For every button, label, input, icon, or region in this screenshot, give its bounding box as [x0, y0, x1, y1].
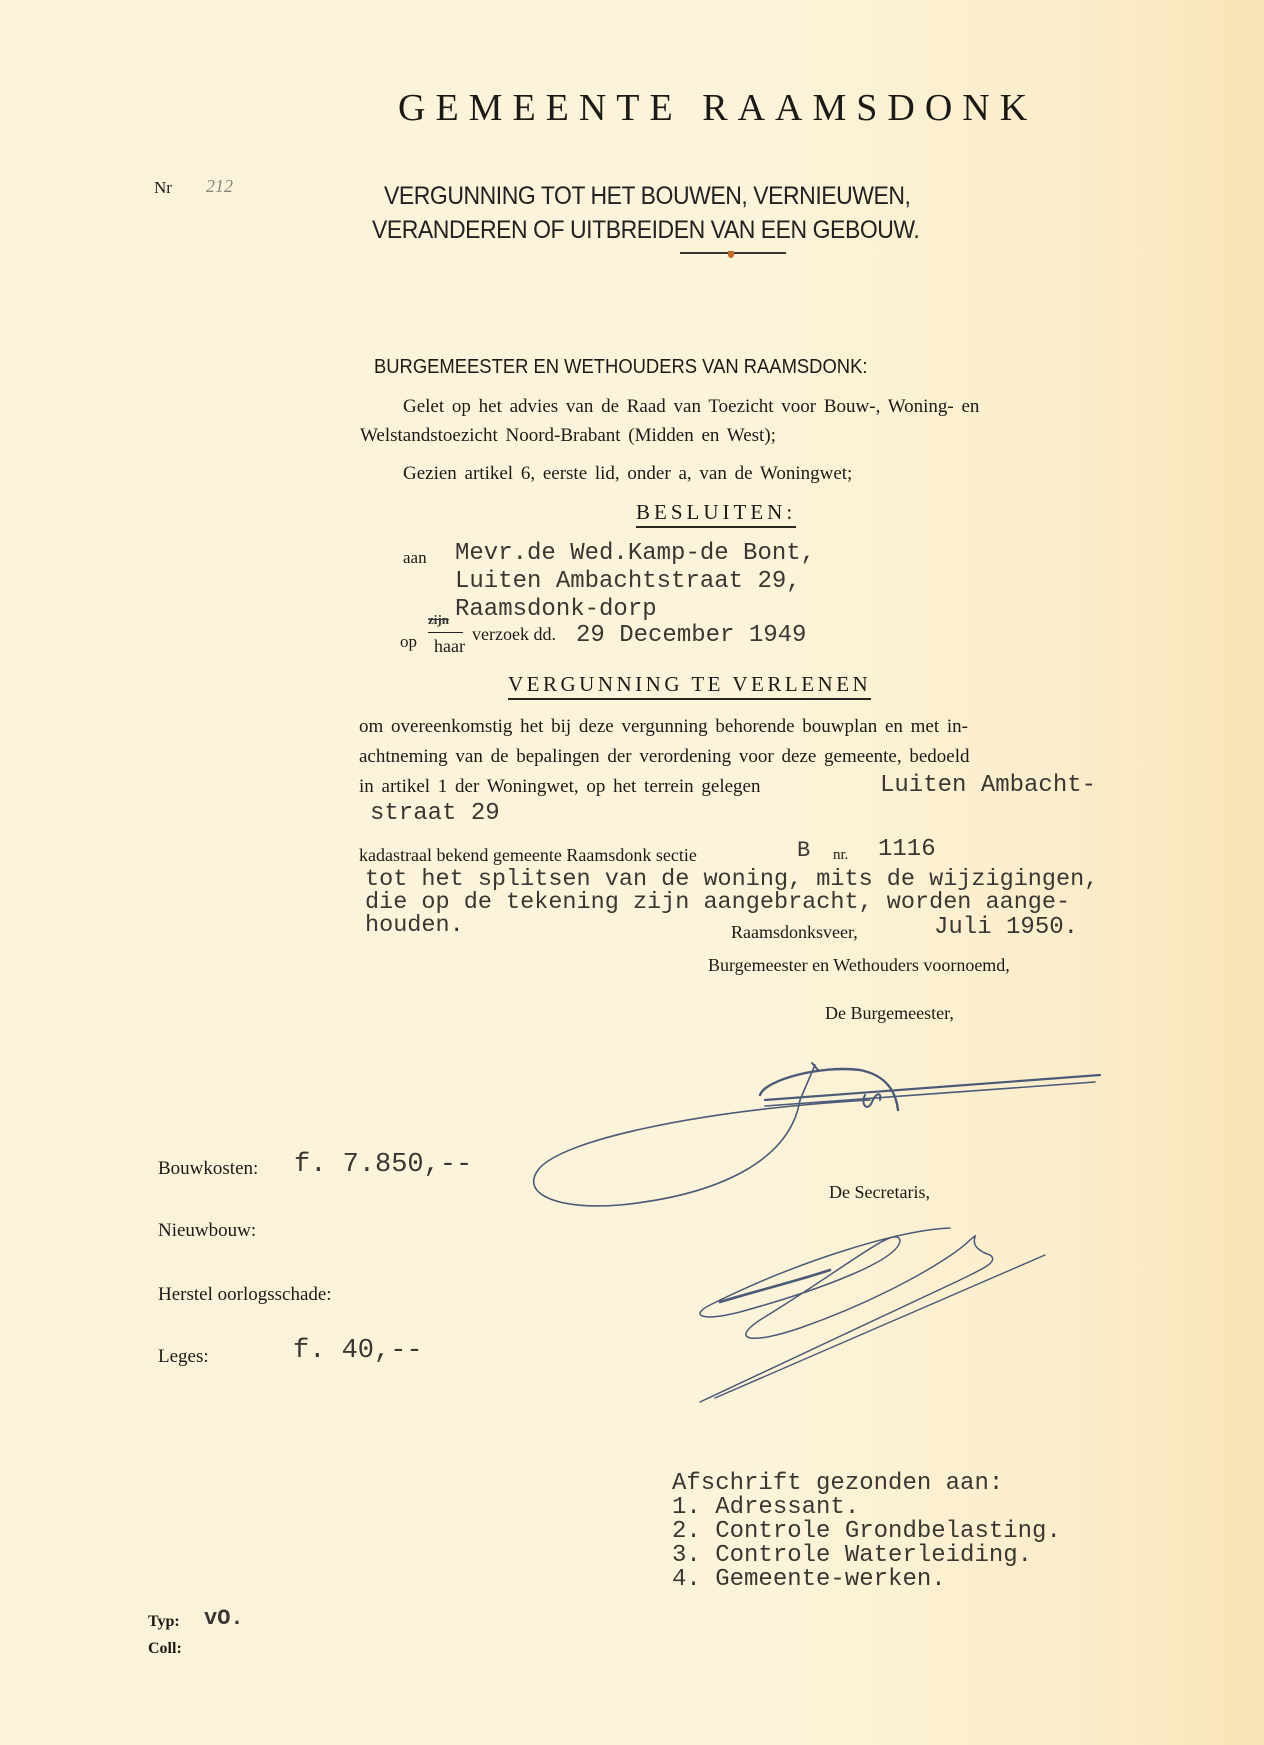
signing-place: Raamsdonksveer,: [731, 922, 858, 943]
location-part1: Luiten Ambacht-: [880, 772, 1096, 799]
copy-recipient: 3. Controle Waterleiding.: [672, 1542, 1032, 1569]
fraction-line: [428, 632, 463, 633]
typ-label: Typ:: [148, 1613, 180, 1631]
besluiten-heading: BESLUITEN:: [636, 500, 796, 528]
condition-line2: die op de tekening zijn aangebracht, wor…: [365, 889, 1070, 916]
copy-recipient: 4. Gemeente-werken.: [672, 1566, 946, 1593]
signing-authority: Burgemeester en Wethouders voornoemd,: [708, 955, 1010, 976]
sectie-value: B: [797, 838, 810, 863]
pronoun: haar: [434, 636, 465, 657]
gelet-line2: Welstandstoezicht Noord-Brabant (Midden …: [360, 425, 776, 447]
grant-paragraph-line3: in artikel 1 der Woningwet, op het terre…: [359, 776, 760, 798]
ornament-divider-mark: [728, 251, 734, 258]
addressee-name: Mevr.de Wed.Kamp-de Bont,: [455, 540, 815, 567]
verzoek-date: 29 December 1949: [576, 622, 806, 649]
op-label: op: [400, 632, 417, 652]
authority-heading: BURGEMEESTER EN WETHOUDERS VAN RAAMSDONK…: [374, 356, 867, 379]
bouwkosten-value: f. 7.850,--: [294, 1150, 472, 1180]
perceel-nr-value: 1116: [878, 836, 936, 863]
document-subtitle-line2: VERANDEREN OF UITBREIDEN VAN EEN GEBOUW.: [372, 216, 919, 245]
coll-label: Coll:: [148, 1640, 182, 1658]
typ-value: vO.: [204, 1606, 244, 1631]
herstel-oorlogsschade-label: Herstel oorlogsschade:: [158, 1284, 332, 1306]
gezien-line: Gezien artikel 6, eerste lid, onder a, v…: [403, 463, 852, 485]
verzoek-label: verzoek dd.: [472, 624, 556, 645]
number-label: Nr: [154, 178, 172, 198]
gelet-line1: Gelet op het advies van de Raad van Toez…: [403, 396, 979, 418]
addressee-street: Luiten Ambachtstraat 29,: [455, 568, 801, 595]
municipality-title: GEMEENTE RAAMSDONK: [398, 86, 1037, 130]
copies-title: Afschrift gezonden aan:: [672, 1470, 1003, 1497]
aan-label: aan: [403, 548, 427, 568]
leges-label: Leges:: [158, 1346, 209, 1368]
grant-paragraph-line1: om overeenkomstig het bij deze vergunnin…: [359, 716, 968, 738]
addressee-town: Raamsdonk-dorp: [455, 596, 657, 623]
secretaris-label: De Secretaris,: [829, 1182, 930, 1203]
number-value: 212: [206, 176, 233, 197]
leges-value: f. 40,--: [293, 1336, 423, 1366]
pronoun-struck: zijn: [428, 612, 449, 628]
perceel-nr-label: nr.: [833, 847, 848, 864]
grant-paragraph-line2: achtneming van de bepalingen der verorde…: [359, 746, 969, 768]
copy-recipient: 2. Controle Grondbelasting.: [672, 1518, 1061, 1545]
bouwkosten-label: Bouwkosten:: [158, 1158, 258, 1180]
location-part2: straat 29: [370, 800, 500, 827]
grant-heading: VERGUNNING TE VERLENEN: [508, 672, 871, 700]
kadastraal-label: kadastraal bekend gemeente Raamsdonk sec…: [359, 845, 697, 866]
condition-line3: houden.: [365, 912, 464, 939]
signing-date: Juli 1950.: [934, 914, 1078, 941]
burgemeester-label: De Burgemeester,: [825, 1003, 954, 1024]
nieuwbouw-label: Nieuwbouw:: [158, 1220, 256, 1242]
copy-recipient: 1. Adressant.: [672, 1494, 859, 1521]
document-subtitle-line1: VERGUNNING TOT HET BOUWEN, VERNIEUWEN,: [384, 182, 910, 211]
